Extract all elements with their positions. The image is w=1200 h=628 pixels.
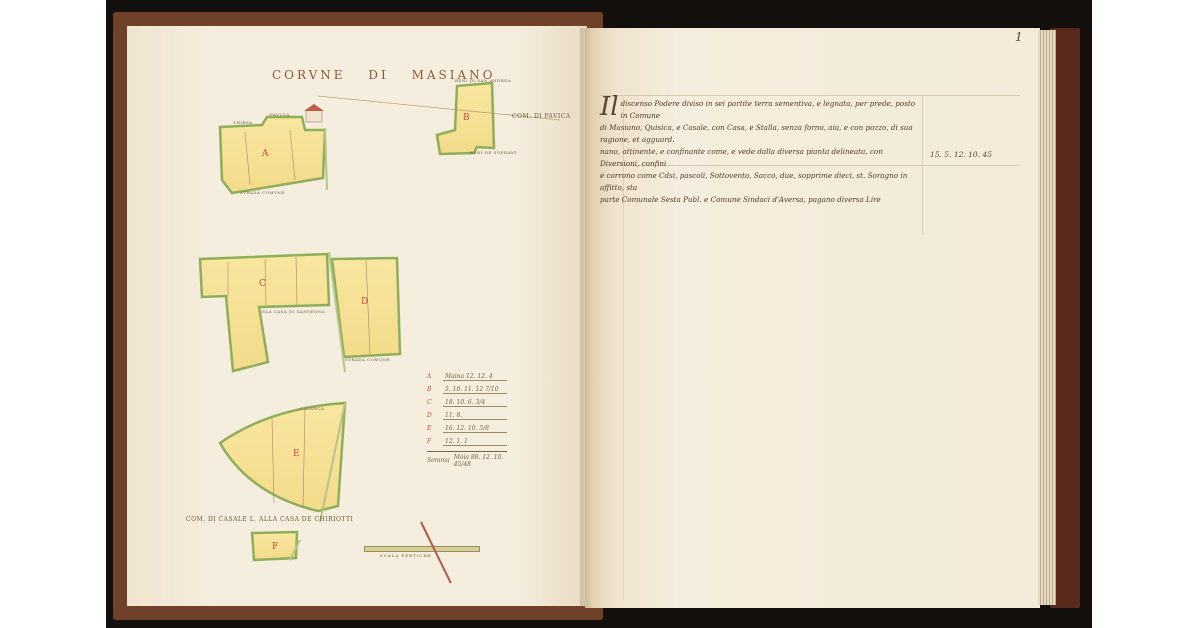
ledger-rule (600, 95, 1020, 96)
area-legend: AMaina 12. 12. 4 B5. 10. 11. 12 7/10 C18… (427, 370, 507, 467)
legend-row: E16. 12. 10. 5/8 (427, 422, 507, 435)
parcel-a (220, 117, 325, 193)
parcel-label-d: D (361, 297, 368, 307)
parcel-label-b: B (463, 113, 470, 123)
edge-label-e-2: CALANCA (300, 406, 324, 411)
legend-row: B5. 10. 11. 12 7/10 (427, 383, 507, 396)
edge-label-d-1: STRADA COMVNE (345, 357, 390, 362)
edge-label-a-4: STRADA COMVNE (240, 190, 285, 195)
entry-line: nano, attinente, e confinante come, e ve… (600, 146, 920, 170)
entry-line: di Masiano, Quisica, e Casale, con Casa,… (600, 122, 920, 146)
edge-label-a-1: CHIESA (233, 120, 253, 125)
legend-row: D11. 8. (427, 409, 507, 422)
edge-label-b-1: BENI DI SAN ANDREA (455, 78, 511, 83)
edge-label-a-2: PAVULA (270, 112, 290, 117)
ledger-entry: Il discenso Podere diviso in sei partite… (600, 98, 920, 206)
entry-line: parte Comunale Sesta Publ. e Comune Sind… (600, 194, 920, 206)
entry-line: e corrono come Cdsi, pascoli, Sottovento… (600, 170, 920, 194)
parcel-label-a: A (261, 149, 269, 159)
legend-row: AMaina 12. 12. 4 (427, 370, 507, 383)
scale-label: SCALA PERTICHE (380, 553, 432, 558)
entry-line: discenso Podere diviso in sei partite te… (600, 98, 920, 122)
edge-label-c-1: ELA CASA DI SANSEGNA (262, 309, 325, 314)
drop-cap: Il (600, 94, 619, 120)
legend-row: C18. 10. 6. 3/4 (427, 396, 507, 409)
scale-bar (364, 546, 480, 552)
edge-label-b-3: BENI DE SOPRANI (470, 150, 517, 155)
legend-total: SommaMoia 88. 12. 10. 45/48 (427, 451, 507, 467)
parcel-label-e: E (293, 449, 300, 459)
commune-label-pavica: COM. DI PAVICA (512, 113, 571, 120)
legend-row: F12. 1. 1 (427, 435, 507, 448)
parcel-d (332, 258, 400, 357)
ledger-column (922, 95, 923, 235)
commune-label-casale: COM. DI CASALE L. ALLA CASA DE CHIRIOTTI (186, 516, 353, 523)
entry-amount: 15. 5. 12. 10. 45 (930, 150, 992, 159)
parcel-label-c: C (259, 279, 266, 289)
folio-number: 1 (1015, 30, 1023, 44)
parcel-label-f: F (272, 542, 278, 552)
